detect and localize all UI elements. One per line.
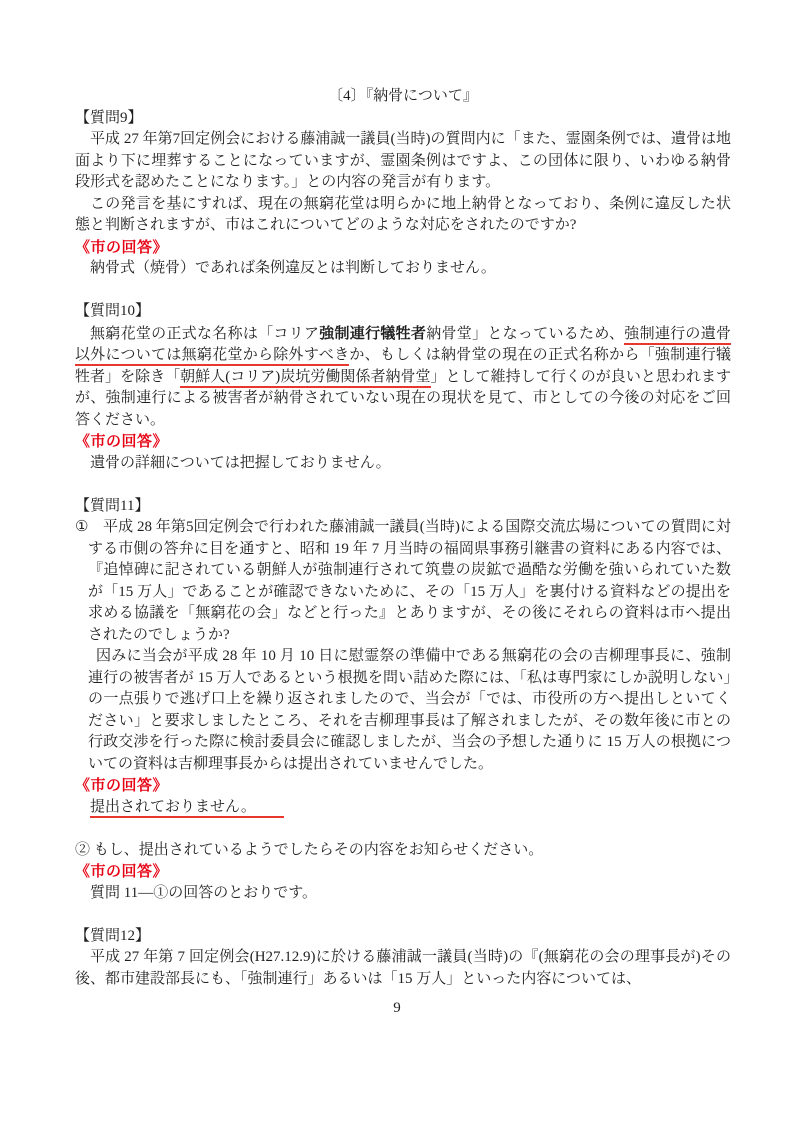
question-11-item-1: ①平成 28 年第5回定例会で行われた藤浦誠一議員(当時)による国際交流広場につ… — [75, 517, 731, 775]
text-run: 【質問9】 — [75, 110, 143, 126]
text-run: 《市の回答》 — [75, 863, 168, 880]
numbered-paragraph: 因みに当会が平成 28 年 10 月 10 日に慰霊祭の準備中である無窮花の会の… — [88, 646, 731, 775]
text-run: 平成 27 年第 7 回定例会(H27.12.9)に於ける藤浦誠一議員(当時)の… — [75, 949, 731, 987]
question-10-text: 無窮花堂の正式な名称は「コリア強制連行犠牲者納骨堂」となっているため、強制連行の… — [75, 323, 731, 432]
city-answer-text-2: 遺骨の詳細については把握しておりません。 — [75, 453, 731, 475]
city-answer-heading-4: 《市の回答》 — [75, 861, 731, 883]
text-run: 《市の回答》 — [75, 777, 168, 794]
document-page: { "page": { "number": "9" }, "colors": {… — [0, 0, 794, 1123]
question-9-text-1: 平成 27 年第7回定例会における藤浦誠一議員(当時)の質問内に「また、霊園条例… — [75, 129, 731, 194]
text-run: 平成 28 年第5回定例会で行われた藤浦誠一議員(当時)による国際交流広場につい… — [88, 519, 731, 643]
text-run: 【質問11】 — [75, 498, 149, 514]
text-run: この発言を基にすれば、現在の無窮花堂は明らかに地上納骨となっており、条例に違反し… — [75, 196, 731, 234]
numbered-paragraph: 平成 28 年第5回定例会で行われた藤浦誠一議員(当時)による国際交流広場につい… — [88, 517, 731, 646]
spacer — [75, 474, 731, 496]
city-answer-text-3: 提出されておりません。 — [75, 797, 731, 819]
text-run: 平成 27 年第7回定例会における藤浦誠一議員(当時)の質問内に「また、霊園条例… — [75, 131, 731, 190]
question-11-item-2: ② もし、提出されているようでしたらその内容をお知らせください。 — [75, 840, 731, 862]
city-answer-text-1: 納骨式（焼骨）であれば条例違反とは判断しておりません。 — [75, 258, 731, 280]
page-container: 〔4〕『納骨について』【質問9】平成 27 年第7回定例会における藤浦誠一議員(… — [0, 0, 794, 1123]
question-9-heading: 【質問9】 — [75, 108, 731, 130]
city-answer-heading-2: 《市の回答》 — [75, 431, 731, 453]
text-run: 納骨堂」となっているため、 — [426, 326, 624, 342]
city-answer-heading-1: 《市の回答》 — [75, 237, 731, 259]
section-title: 〔4〕『納骨について』 — [75, 86, 731, 108]
text-run: 無窮花堂の正式な名称は「コリア — [90, 326, 319, 342]
question-12-text: 平成 27 年第 7 回定例会(H27.12.9)に於ける藤浦誠一議員(当時)の… — [75, 947, 731, 990]
text-run: 【質問12】 — [75, 928, 150, 944]
spacer — [75, 818, 731, 840]
text-run: 〔4〕『納骨について』 — [328, 88, 478, 104]
text-run: 遺骨の詳細については把握しておりません。 — [90, 455, 391, 471]
question-9-text-2: この発言を基にすれば、現在の無窮花堂は明らかに地上納骨となっており、条例に違反し… — [75, 194, 731, 237]
text-run: ② もし、提出されているようでしたらその内容をお知らせください。 — [75, 842, 543, 858]
text-run: 質問 11―①の回答のとおりです。 — [90, 885, 317, 901]
question-11-heading: 【質問11】 — [75, 496, 731, 518]
list-marker: ① — [75, 517, 88, 539]
text-run: 【質問10】 — [75, 303, 150, 319]
spacer — [75, 904, 731, 926]
document-body: 〔4〕『納骨について』【質問9】平成 27 年第7回定例会における藤浦誠一議員(… — [75, 86, 731, 990]
question-10-heading: 【質問10】 — [75, 301, 731, 323]
city-answer-heading-3: 《市の回答》 — [75, 775, 731, 797]
bold-text-run: 強制連行犠牲者 — [319, 325, 426, 342]
page-number: 9 — [0, 1000, 794, 1017]
text-run: 《市の回答》 — [75, 433, 168, 450]
text-run: 《市の回答》 — [75, 239, 168, 256]
red-underlined-text-run: 朝鮮人(コリア)炭坑労働関係者納骨堂 — [180, 369, 430, 388]
city-answer-text-4: 質問 11―①の回答のとおりです。 — [75, 883, 731, 905]
text-run: 因みに当会が平成 28 年 10 月 10 日に慰霊祭の準備中である無窮花の会の… — [88, 648, 731, 772]
question-12-heading: 【質問12】 — [75, 926, 731, 948]
text-run: 納骨式（焼骨）であれば条例違反とは判断しておりません。 — [90, 260, 496, 276]
red-underlined-text-run: 提出されておりません。 — [90, 799, 284, 818]
spacer — [75, 280, 731, 302]
